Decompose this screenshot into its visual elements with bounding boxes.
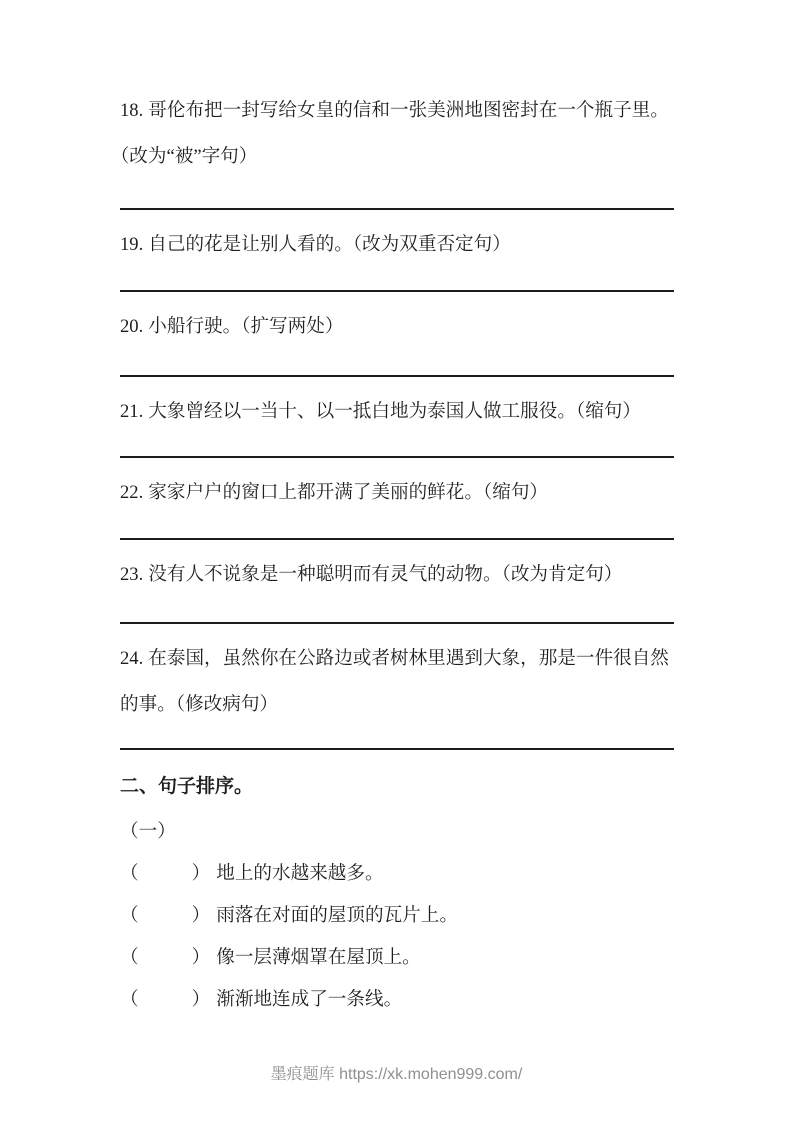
question-number: 24. [120,648,143,669]
subsection-label: （一） [120,817,674,847]
question-text: 19.自己的花是让别人看的。（改为双重否定句） [120,222,674,268]
question-number: 20. [120,316,143,337]
question-block-24: 24.在泰国，虽然你在公路边或者树林里遇到大象，那是一件很自然的事。（修改病句） [120,624,674,750]
blank-parentheses-close: ） [192,863,211,884]
question-text: 20.小船行驶。（扩写两处） [120,304,674,350]
question-text: 23.没有人不说象是一种聪明而有灵气的动物。（改为肯定句） [120,552,674,598]
question-sentence: 没有人不说象是一种聪明而有灵气的动物。 [148,564,501,585]
question-sentence: 大象曾经以一当十、以一抵白地为泰国人做工服役。 [148,401,576,422]
sequence-item: （）渐渐地连成了一条线。 [120,985,674,1015]
question-block-18: 18.哥伦布把一封写给女皇的信和一张美洲地图密封在一个瓶子里。（改为“被”字句） [120,0,674,210]
blank-parentheses-open: （ [120,989,139,1010]
question-instruction: （缩句） [483,482,548,503]
question-sentence: 小船行驶。 [148,316,241,337]
sequence-item: （）雨落在对面的屋顶的瓦片上。 [120,901,674,931]
question-block-23: 23.没有人不说象是一种聪明而有灵气的动物。（改为肯定句） [120,540,674,624]
question-sentence: 家家户户的窗口上都开满了美丽的鲜花。 [148,482,483,503]
site-watermark: 墨痕题库 https://xk.mohen999.com/ [0,1064,793,1086]
question-instruction: （改为双重否定句） [353,234,511,255]
question-instruction: （扩写两处） [241,316,343,337]
blank-parentheses-open: （ [120,947,139,968]
sequence-item-text: 渐渐地连成了一条线。 [216,989,402,1010]
question-number: 22. [120,482,143,503]
question-sentence: 自己的花是让别人看的。 [148,234,353,255]
question-text: 21.大象曾经以一当十、以一抵白地为泰国人做工服役。（缩句） [120,389,674,435]
question-block-22: 22.家家户户的窗口上都开满了美丽的鲜花。（缩句） [120,458,674,540]
question-block-20: 20.小船行驶。（扩写两处） [120,292,674,377]
question-number: 21. [120,401,143,422]
worksheet-page: 18.哥伦布把一封写给女皇的信和一张美洲地图密封在一个瓶子里。（改为“被”字句）… [0,0,793,1122]
question-instruction: （修改病句） [176,694,278,715]
blank-parentheses-close: ） [192,947,211,968]
blank-parentheses-open: （ [120,905,139,926]
sequence-item-text: 雨落在对面的屋顶的瓦片上。 [216,905,458,926]
sequence-item-text: 地上的水越来越多。 [216,863,383,884]
sequence-item: （）地上的水越来越多。 [120,859,674,889]
question-number: 18. [120,100,143,121]
section-title: 二、句子排序。 [120,772,674,802]
question-instruction: （缩句） [576,401,641,422]
question-text: 18.哥伦布把一封写给女皇的信和一张美洲地图密封在一个瓶子里。（改为“被”字句） [120,88,674,180]
question-text: 22.家家户户的窗口上都开满了美丽的鲜花。（缩句） [120,470,674,516]
question-number: 23. [120,564,143,585]
worksheet-content: 18.哥伦布把一封写给女皇的信和一张美洲地图密封在一个瓶子里。（改为“被”字句）… [120,0,674,1015]
question-instruction: （改为肯定句） [502,564,623,585]
sequence-item-text: 像一层薄烟罩在屋顶上。 [216,947,421,968]
blank-parentheses-open: （ [120,863,139,884]
blank-parentheses-close: ） [192,989,211,1010]
question-block-19: 19.自己的花是让别人看的。（改为双重否定句） [120,210,674,292]
question-block-21: 21.大象曾经以一当十、以一抵白地为泰国人做工服役。（缩句） [120,377,674,458]
answer-line [120,748,674,750]
question-sentence: 哥伦布把一封写给女皇的信和一张美洲地图密封在一个瓶子里。 [148,100,669,121]
question-instruction: （改为“被”字句） [120,146,257,167]
sequence-item: （）像一层薄烟罩在屋顶上。 [120,943,674,973]
question-number: 19. [120,234,143,255]
blank-parentheses-close: ） [192,905,211,926]
question-text: 24.在泰国，虽然你在公路边或者树林里遇到大象，那是一件很自然的事。（修改病句） [120,636,674,728]
